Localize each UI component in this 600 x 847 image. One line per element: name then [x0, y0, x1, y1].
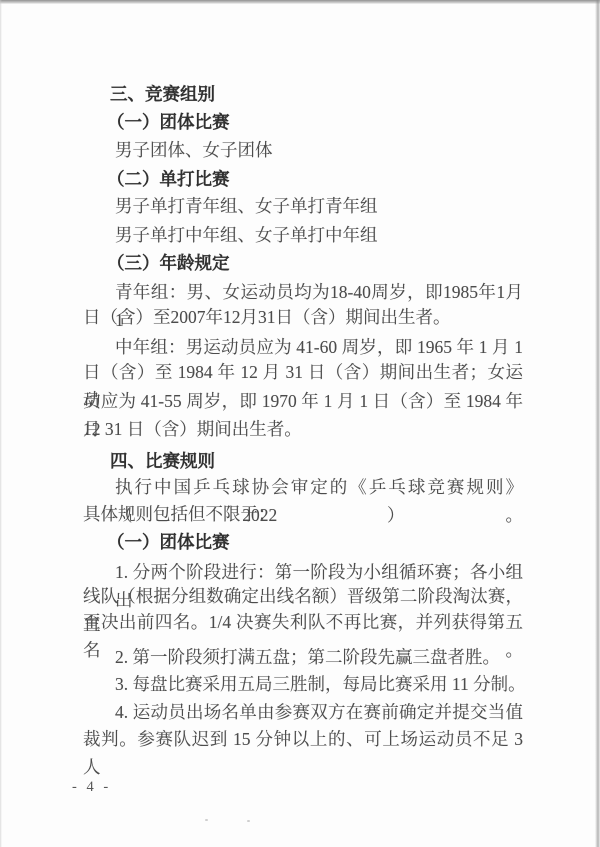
subsection-heading: （二）单打比赛: [107, 165, 230, 193]
scan-edge-left: [0, 0, 2, 847]
text-line: 月 31 日（含）期间出生者。: [83, 415, 302, 443]
text-line: 具体规则包括但不限于：: [83, 500, 276, 528]
scan-edge-top: [0, 0, 600, 4]
scan-edge-right: [595, 0, 600, 847]
text-line: 男子单打青年组、女子单打青年组: [115, 192, 378, 220]
text-line: 男子单打中年组、女子单打中年组: [115, 221, 378, 249]
scanned-document-page: 三、竞赛组别 （一）团体比赛 男子团体、女子团体 （二）单打比赛 男子单打青年组…: [0, 0, 600, 847]
scan-speck: [205, 819, 208, 821]
subsection-heading: （一）团体比赛: [107, 528, 230, 556]
text-line: 日（含）至2007年12月31日（含）期间出生者。: [83, 303, 451, 331]
text-line: 3. 每盘比赛采用五局三胜制，每局比赛采用 11 分制。: [115, 670, 526, 698]
text-line: 2. 第一阶段须打满五盘；第二阶段先赢三盘者胜。: [115, 643, 500, 671]
section-heading: 四、比赛规则: [110, 447, 215, 475]
subsection-heading: （三）年龄规定: [107, 249, 230, 277]
text-line: 中年组：男运动员应为 41-60 周岁，即 1965 年 1 月 1: [115, 333, 523, 361]
page-number: - 4 -: [72, 779, 111, 796]
scan-speck: [247, 820, 250, 822]
text-line: 裁判。参赛队迟到 15 分钟以上的、可上场运动员不足 3 人: [83, 725, 523, 781]
text-line: 4. 运动员出场名单由参赛双方在赛前确定并提交当值: [115, 698, 523, 726]
text-line: 男子团体、女子团体: [115, 136, 273, 164]
subsection-heading: （一）团体比赛: [107, 108, 230, 136]
section-heading: 三、竞赛组别: [110, 80, 215, 108]
